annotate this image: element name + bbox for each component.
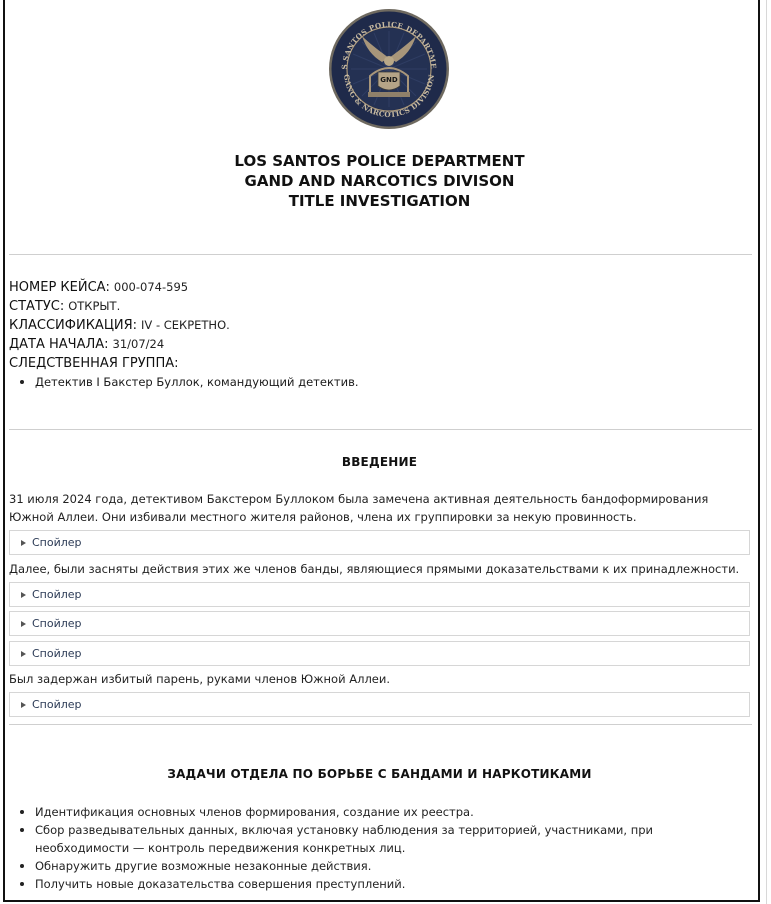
team-list: Детектив I Бакстер Буллок, командующий д… xyxy=(9,373,359,391)
start-date-label: ДАТА НАЧАЛА: xyxy=(9,337,109,352)
spoiler-label: Спойлер xyxy=(32,588,82,601)
spoiler-toggle[interactable]: Спойлер xyxy=(9,582,750,607)
title-line-division: GAND AND NARCOTICS DIVISON xyxy=(7,171,752,191)
classification-value: IV - СЕКРЕТНО. xyxy=(141,318,230,332)
start-date-value: 31/07/24 xyxy=(113,337,165,351)
spoiler-label: Спойлер xyxy=(32,698,82,711)
team-member: Детектив I Бакстер Буллок, командующий д… xyxy=(9,373,359,391)
tasks-list: Идентификация основных членов формирован… xyxy=(9,803,751,893)
classification-row: КЛАССИФИКАЦИЯ: IV - СЕКРЕТНО. xyxy=(9,316,359,335)
spoiler-label: Спойлер xyxy=(32,617,82,630)
spoiler-toggle[interactable]: Спойлер xyxy=(9,692,750,717)
status-row: СТАТУС: ОТКРЫТ. xyxy=(9,297,359,316)
expand-triangle-icon xyxy=(21,651,26,657)
spoiler-toggle[interactable]: Спойлер xyxy=(9,530,750,555)
divider xyxy=(9,724,752,725)
task-item: Обнаружить другие возможные незаконные д… xyxy=(9,857,751,875)
tasks-heading: ЗАДАЧИ ОТДЕЛА ПО БОРЬБЕ С БАНДАМИ И НАРК… xyxy=(7,767,752,781)
document-title: LOS SANTOS POLICE DEPARTMENT GAND AND NA… xyxy=(7,151,752,211)
title-line-investigation: TITLE INVESTIGATION xyxy=(7,191,752,211)
case-number-value: 000-074-595 xyxy=(114,280,188,294)
svg-text:GND: GND xyxy=(380,76,398,84)
case-info: НОМЕР КЕЙСА: 000-074-595 СТАТУС: ОТКРЫТ.… xyxy=(9,278,359,391)
status-label: СТАТУС: xyxy=(9,299,64,314)
evidence-paragraph: Далее, были засняты действия этих же чле… xyxy=(9,560,751,578)
expand-triangle-icon xyxy=(21,540,26,546)
introduction-heading: ВВЕДЕНИЕ xyxy=(7,455,752,469)
case-number-label: НОМЕР КЕЙСА: xyxy=(9,280,110,295)
expand-triangle-icon xyxy=(21,621,26,627)
badge-icon: GND LOS SANTOS POLICE DEPARTMENT GANG & … xyxy=(322,6,456,132)
divider xyxy=(9,429,752,430)
spoiler-toggle[interactable]: Спойлер xyxy=(9,641,750,666)
detention-paragraph: Был задержан избитый парень, руками член… xyxy=(9,670,751,688)
introduction-paragraph: 31 июля 2024 года, детективом Бакстером … xyxy=(9,490,751,526)
spoiler-label: Спойлер xyxy=(32,647,82,660)
start-date-row: ДАТА НАЧАЛА: 31/07/24 xyxy=(9,335,359,354)
spoiler-toggle[interactable]: Спойлер xyxy=(9,611,750,636)
expand-triangle-icon xyxy=(21,702,26,708)
divider xyxy=(9,254,752,255)
spoiler-label: Спойлер xyxy=(32,536,82,549)
team-label: СЛЕДСТВЕННАЯ ГРУППА: xyxy=(9,356,179,371)
task-item: Сбор разведывательных данных, включая ус… xyxy=(9,821,751,857)
case-number-row: НОМЕР КЕЙСА: 000-074-595 xyxy=(9,278,359,297)
expand-triangle-icon xyxy=(21,592,26,598)
page-edge-rule xyxy=(766,0,767,904)
task-item: Идентификация основных членов формирован… xyxy=(9,803,751,821)
lspd-gnd-emblem: GND LOS SANTOS POLICE DEPARTMENT GANG & … xyxy=(322,6,456,132)
team-row: СЛЕДСТВЕННАЯ ГРУППА: xyxy=(9,354,359,373)
task-item: Получить новые доказательства совершения… xyxy=(9,875,751,893)
title-line-department: LOS SANTOS POLICE DEPARTMENT xyxy=(7,151,752,171)
classification-label: КЛАССИФИКАЦИЯ: xyxy=(9,318,137,333)
status-value: ОТКРЫТ. xyxy=(68,299,120,313)
